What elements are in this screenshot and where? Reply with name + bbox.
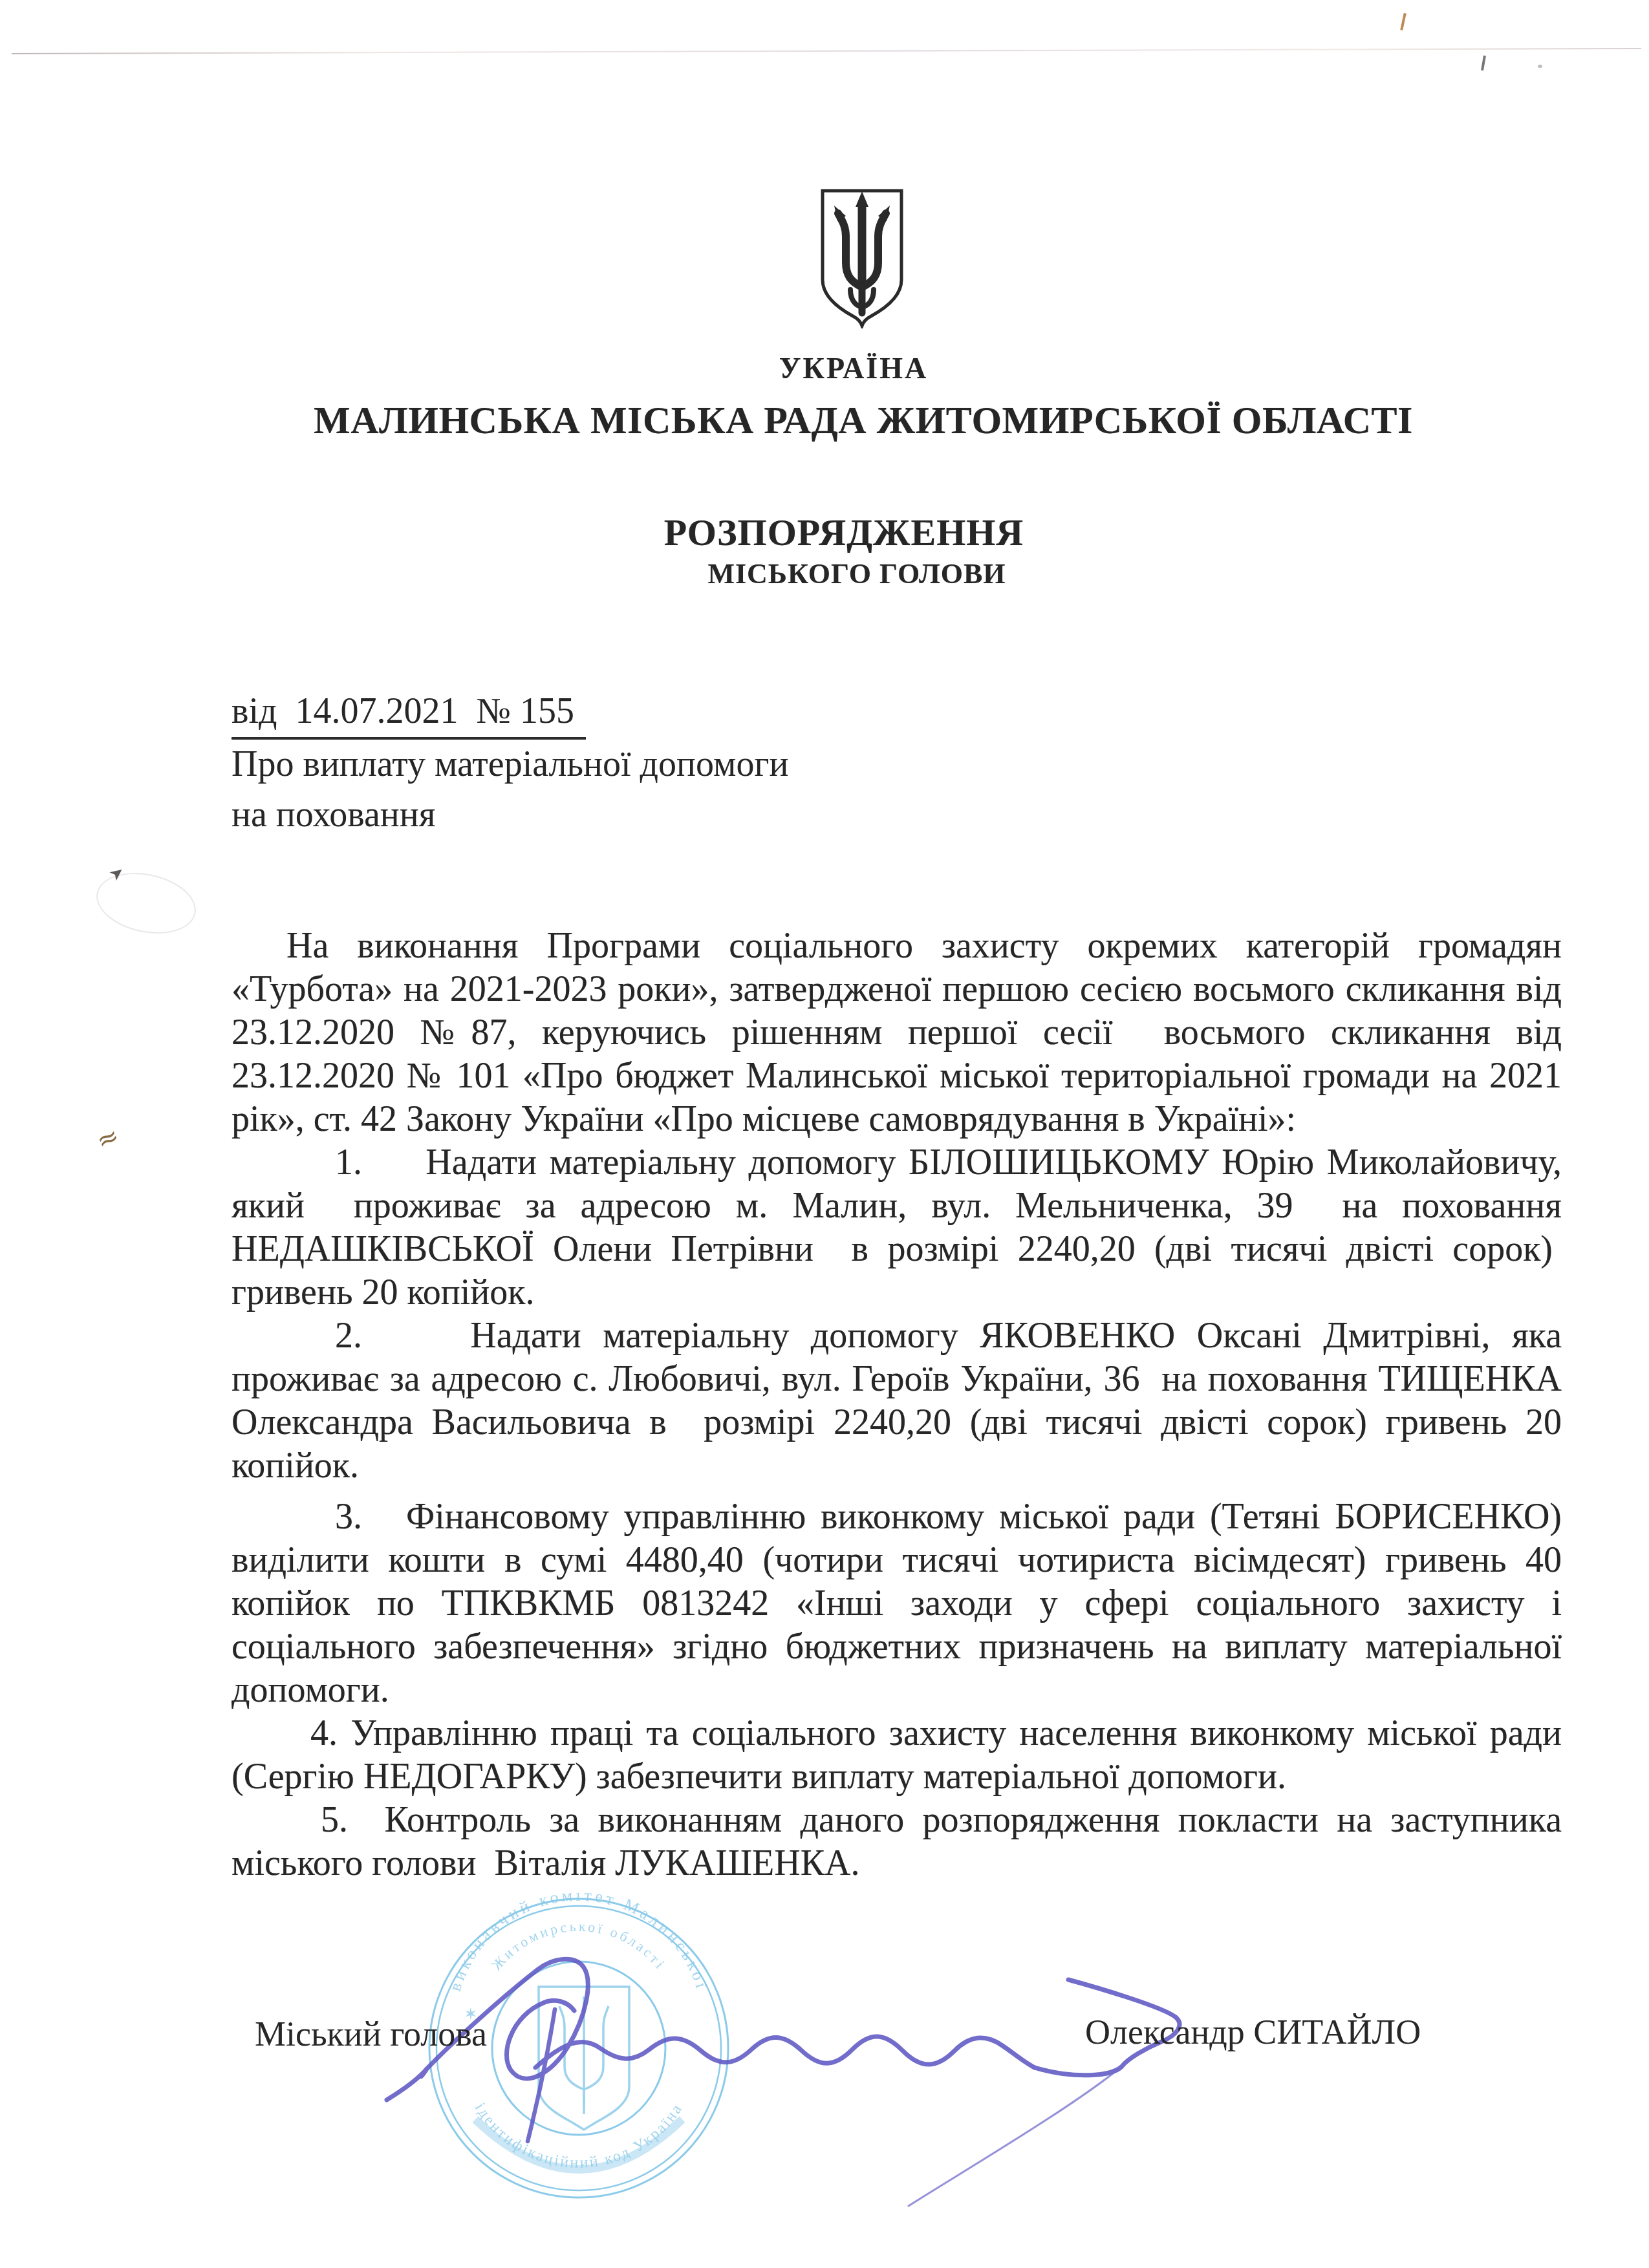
- doc-subject-line-1: Про виплату матеріальної допомоги: [232, 744, 788, 785]
- ukraine-trident-emblem-icon: [817, 187, 907, 328]
- paragraph-item-4: 4. Управлінню праці та соціального захис…: [232, 1712, 1562, 1799]
- scan-speck-dot: [1538, 65, 1542, 68]
- paragraph-intro: На виконання Програми соціального захист…: [232, 925, 1562, 1141]
- heading-doc-type: РОЗПОРЯДЖЕННЯ: [664, 511, 1024, 554]
- scan-artifact-line: [12, 48, 1641, 54]
- signature-title: Міський голова: [255, 2014, 487, 2054]
- doc-date-number: від 14.07.2021 № 155: [232, 690, 586, 740]
- scan-speck-orange: [1400, 13, 1406, 30]
- scanned-document-page: ➤ ≈ УКРАЇНА МАЛИНСЬКА МІСЬКА РАДА ЖИТОМИ…: [0, 0, 1649, 2268]
- signature-name: Олександр СИТАЙЛО: [1085, 2012, 1421, 2052]
- heading-country: УКРАЇНА: [779, 351, 928, 385]
- paragraph-item-3: 3. Фінансовому управлінню виконкому місь…: [232, 1495, 1562, 1712]
- document-body: На виконання Програми соціального захист…: [232, 925, 1562, 1885]
- doc-subject-line-2: на поховання: [232, 794, 436, 835]
- doc-date-number-text: від 14.07.2021 № 155: [232, 690, 586, 740]
- paragraph-item-1: 1. Надати матеріальну допомогу БІЛОШИЦЬК…: [232, 1141, 1562, 1314]
- paragraph-item-2: 2. Надати матеріальну допомогу ЯКОВЕНКО …: [232, 1314, 1562, 1488]
- margin-squiggle-mark: ≈: [92, 1120, 124, 1157]
- handwritten-signature-ink: [349, 1927, 1306, 2231]
- paragraph-item-5: 5. Контроль за виконанням даного розпоря…: [232, 1799, 1562, 1885]
- scan-speck-dark: [1481, 56, 1486, 70]
- heading-council: МАЛИНСЬКА МІСЬКА РАДА ЖИТОМИРСЬКОЇ ОБЛАС…: [314, 398, 1413, 443]
- heading-doc-subtype: МІСЬКОГО ГОЛОВИ: [707, 557, 1006, 590]
- margin-ghost-circle: [91, 864, 201, 942]
